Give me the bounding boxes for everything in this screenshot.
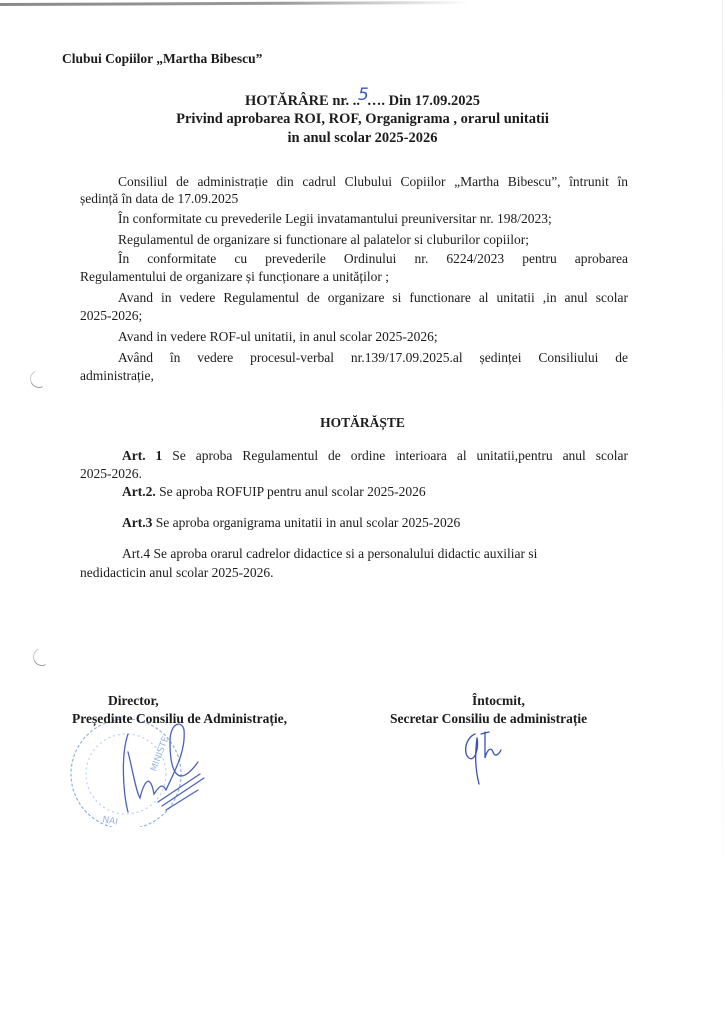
preamble-paragraph-1-continued: ședință în data de 17.09.2025: [80, 190, 238, 208]
handwritten-decision-number: 5: [358, 85, 369, 105]
punch-hole-mark: [30, 645, 53, 668]
decision-subject-year: in anul scolar 2025-2026: [0, 130, 725, 147]
council-president-role: Președinte Consiliu de Administrație,: [72, 710, 287, 728]
prepared-by-title: Întocmit,: [472, 692, 525, 710]
article-1-label: Art. 1: [122, 448, 162, 463]
article-2-label: Art.2.: [122, 484, 156, 499]
preamble-paragraph-2: În conformitate cu prevederile Legii inv…: [118, 210, 552, 228]
decision-subject: Privind aprobarea ROI, ROF, Organigrama …: [0, 111, 725, 128]
preamble-paragraph-5-continued: 2025-2026;: [80, 307, 142, 325]
article-1: Art. 1 Se aproba Regulamentul de ordine …: [80, 447, 628, 465]
scan-edge-shadow: [722, 0, 723, 1024]
secretary-signature-icon: [455, 728, 505, 788]
article-3: Art.3 Se aproba organigrama unitatii in …: [122, 514, 460, 532]
preamble-paragraph-7: Având în vedere procesul-verbal nr.139/1…: [80, 349, 628, 367]
article-1-continued: 2025-2026.: [80, 465, 142, 483]
decides-heading: HOTĂRĂȘTE: [0, 415, 725, 431]
preamble-paragraph-1: Consiliul de administrație din cadrul Cl…: [80, 173, 628, 191]
punch-hole-mark: [27, 367, 50, 390]
preamble-paragraph-6: Avand in vedere ROF-ul unitatii, in anul…: [118, 328, 438, 346]
article-4-continued: nedidacticin anul scolar 2025-2026.: [80, 564, 273, 582]
preamble-paragraph-5: Avand in vedere Regulamentul de organiza…: [80, 289, 628, 307]
decision-title-suffix: …. Din 17.09.2025: [367, 93, 480, 109]
preamble-paragraph-4: În conformitate cu prevederile Ordinului…: [80, 250, 628, 268]
article-2: Art.2. Se aproba ROFUIP pentru anul scol…: [122, 483, 426, 501]
director-title: Director,: [108, 692, 159, 710]
institution-name: Clubui Copiilor „Martha Bibescu”: [62, 50, 262, 68]
preamble-paragraph-7-continued: administrație,: [80, 367, 154, 385]
decision-title-prefix: HOTĂRÂRE nr. ..: [245, 93, 360, 109]
svg-text:MINISTE: MINISTE: [149, 735, 171, 773]
svg-text:NAI: NAI: [101, 815, 118, 827]
council-secretary-role: Secretar Consiliu de administrație: [390, 710, 587, 728]
article-1-text: Se aproba Regulamentul de ordine interio…: [162, 448, 628, 463]
preamble-paragraph-3: Regulamentul de organizare si functionar…: [118, 231, 529, 249]
official-stamp-icon: MINISTE NAI: [58, 712, 208, 827]
article-4: Art.4 Se aproba orarul cadrelor didactic…: [122, 545, 537, 563]
article-2-text: Se aproba ROFUIP pentru anul scolar 2025…: [156, 484, 426, 499]
scan-edge-line: [0, 1, 470, 6]
article-3-label: Art.3: [122, 515, 152, 530]
article-3-text: Se aproba organigrama unitatii in anul s…: [152, 515, 460, 530]
preamble-paragraph-4-continued: Regulamentului de organizare și funcțion…: [80, 268, 389, 286]
decision-title: HOTĂRÂRE nr. ..5…. Din 17.09.2025: [0, 90, 725, 110]
